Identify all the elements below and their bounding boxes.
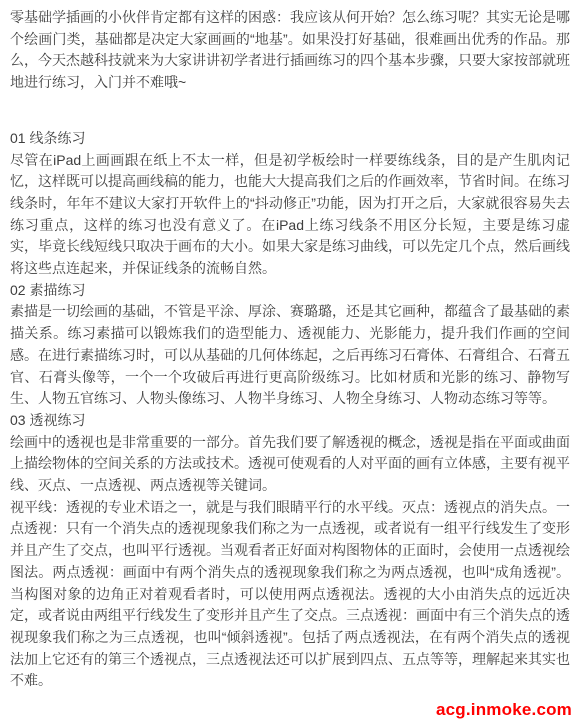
section-body-01: 尽管在iPad上画画跟在纸上不太一样，但是初学板绘时一样要练线条，目的是产生肌肉…: [10, 150, 570, 280]
section-heading-02: 02 素描练习: [10, 280, 570, 302]
section-body-03-terms: 视平线：透视的专业术语之一，就是与我们眼睛平行的水平线。灭点：透视点的消失点。一…: [10, 497, 570, 692]
section-heading-03: 03 透视练习: [10, 410, 570, 432]
section-body-02: 素描是一切绘画的基础，不管是平涂、厚涂、赛璐璐，还是其它画种，都蕴含了最基础的素…: [10, 301, 570, 410]
section-line-practice: 01 线条练习 尽管在iPad上画画跟在纸上不太一样，但是初学板绘时一样要练线条…: [10, 128, 570, 280]
section-sketch-practice: 02 素描练习 素描是一切绘画的基础，不管是平涂、厚涂、赛璐璐，还是其它画种，都…: [10, 280, 570, 410]
site-watermark: acg.inmoke.com: [436, 699, 572, 721]
article-page: 零基础学插画的小伙伴肯定都有这样的困惑：我应该从何开始？怎么练习呢？其实无论是哪…: [0, 0, 580, 726]
section-perspective-practice: 03 透视练习 绘画中的透视也是非常重要的一部分。首先我们要了解透视的概念，透视…: [10, 410, 570, 692]
section-heading-01: 01 线条练习: [10, 128, 570, 150]
section-body-03: 绘画中的透视也是非常重要的一部分。首先我们要了解透视的概念，透视是指在平面或曲面…: [10, 432, 570, 497]
intro-paragraph: 零基础学插画的小伙伴肯定都有这样的困惑：我应该从何开始？怎么练习呢？其实无论是哪…: [10, 7, 570, 94]
